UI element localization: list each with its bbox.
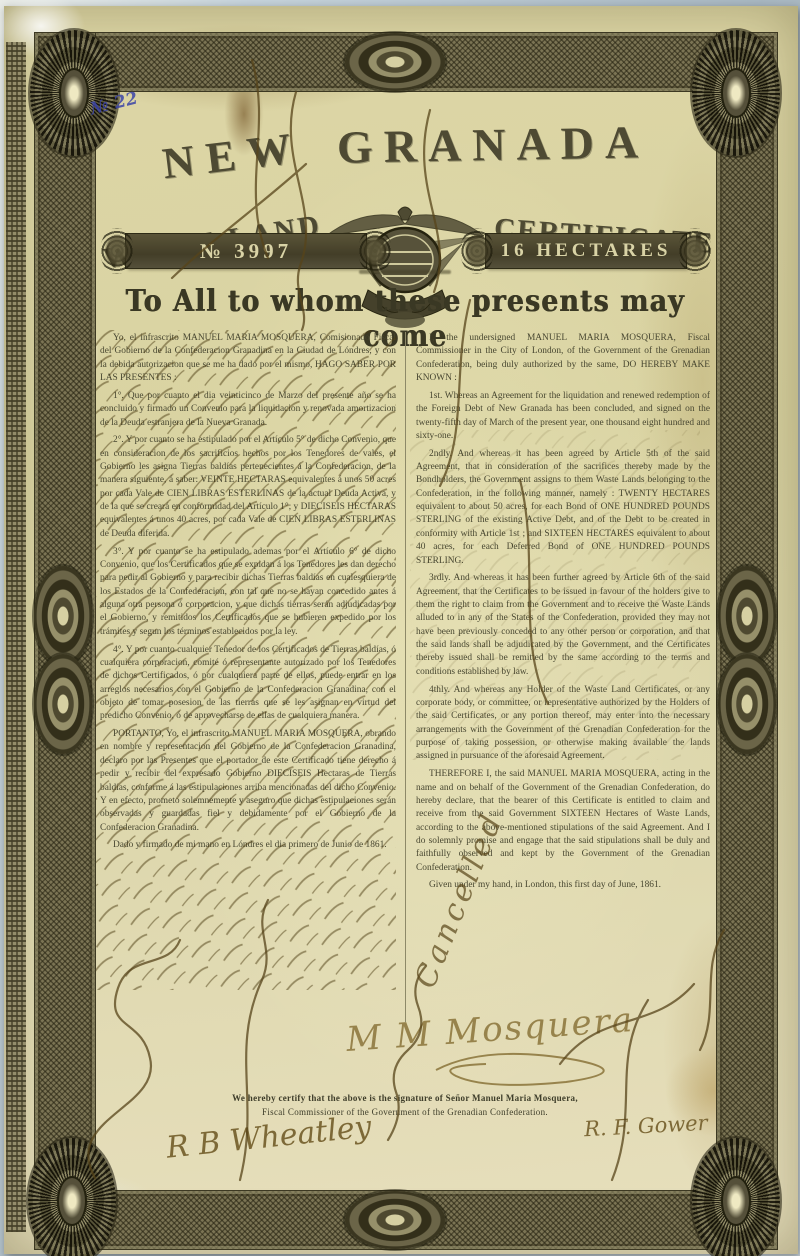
paragraph: PORTANTO, Yo, el infrascrito MANUEL MARI… [100, 728, 396, 835]
certificate-paper: № 22 NEW GRANADA WASTE LAND [4, 6, 798, 1254]
border-medallion-icon [345, 1191, 445, 1249]
border-medallion-icon [718, 566, 776, 666]
hectares-badge: 16 HECTARES [486, 234, 686, 268]
paragraph: 4°. Y por cuanto cualquier Tenedor de lo… [100, 644, 396, 724]
paragraph: I, the undersigned MANUEL MARIA MOSQUERA… [416, 332, 710, 385]
paragraph: Dado y firmado de mi mano en Lóndres el … [100, 839, 396, 852]
certification-line1: We hereby certify that the above is the … [96, 1092, 714, 1106]
paragraph: 2ndly. And whereas it has been agreed by… [416, 448, 710, 568]
border-medallion-icon [345, 33, 445, 91]
certificate-photo: { "palette":{"paper":"#ddd6a6","border_i… [0, 0, 800, 1256]
paragraph: 4thly. And whereas any Holder of the Was… [416, 684, 710, 764]
paragraph: 3°. Y por cuanto se ha estipulado ademas… [100, 546, 396, 639]
outer-edge-band [6, 42, 26, 1232]
paragraph: 3rdly. And whereas it has been further a… [416, 572, 710, 679]
title-row: NEW GRANADA [96, 118, 714, 171]
witness-signature-right: R. F. Gower [584, 1111, 709, 1141]
title-granada: GRANADA [336, 115, 649, 173]
handwritten-folio-number: № 22 [88, 88, 139, 119]
certificate-body: № 22 NEW GRANADA WASTE LAND [96, 92, 714, 1192]
border-medallion-icon [718, 654, 776, 754]
paragraph: 2°. Y por cuanto se ha estipulado por el… [100, 434, 396, 541]
english-column: I, the undersigned MANUEL MARIA MOSQUERA… [405, 332, 710, 1022]
border-medallion-icon [34, 566, 92, 666]
two-column-text: Yo, el infrascrito MANUEL MARIA MOSQUERA… [100, 332, 710, 1022]
paragraph: Yo, el infrascrito MANUEL MARIA MOSQUERA… [100, 332, 396, 385]
paragraph: 1st. Whereas an Agreement for the liquid… [416, 390, 710, 443]
paragraph: Given under my hand, in London, this fir… [416, 879, 710, 892]
paragraph: 1°. Que por cuanto el dia veinticinco de… [100, 390, 396, 430]
engraver-imprint [359, 270, 451, 274]
border-medallion-icon [34, 654, 92, 754]
serial-number-badge: № 3997 [126, 234, 366, 268]
paragraph: THEREFORE I, the said MANUEL MARIA MOSQU… [416, 768, 710, 875]
spanish-column: Yo, el infrascrito MANUEL MARIA MOSQUERA… [100, 332, 405, 1022]
signature-flourish-icon [426, 1050, 646, 1090]
